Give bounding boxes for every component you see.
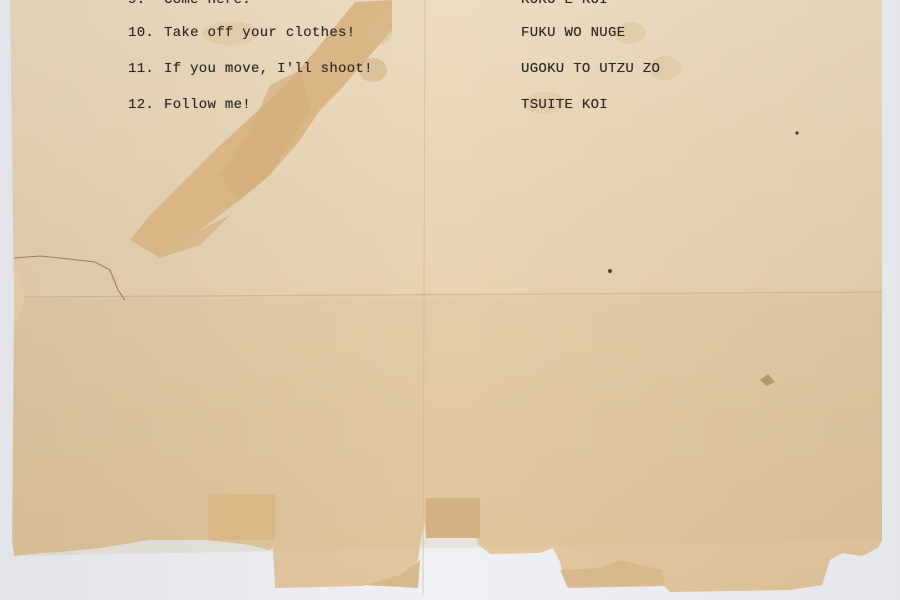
phrase-japanese: TSUITE KOI: [521, 97, 608, 113]
phrase-row-11: 11.If you move, I'll shoot!: [128, 61, 373, 77]
phrase-number: 12.: [128, 97, 164, 113]
phrase-row-9-japanese: KOKO E KOI: [521, 0, 608, 8]
phrase-row-9: 9.Come here.: [128, 0, 251, 8]
phrase-english: Take off your clothes!: [164, 25, 355, 41]
phrase-row-10-japanese: FUKU WO NUGE: [521, 25, 625, 41]
phrase-row-12: 12.Follow me!: [128, 97, 251, 113]
phrase-japanese: UGOKU TO UTZU ZO: [521, 61, 660, 77]
paper-illustration: [0, 0, 900, 600]
phrase-row-12-japanese: TSUITE KOI: [521, 97, 608, 113]
phrase-english: Follow me!: [164, 97, 251, 113]
phrase-number: 11.: [128, 61, 164, 77]
paper-sheet: [0, 0, 900, 600]
phrase-english: If you move, I'll shoot!: [164, 61, 373, 77]
phrase-number: 9.: [128, 0, 164, 8]
tape-tab-left: [208, 494, 275, 540]
phrase-row-10: 10.Take off your clothes!: [128, 25, 355, 41]
phrase-japanese: FUKU WO NUGE: [521, 25, 625, 41]
phrase-number: 10.: [128, 25, 164, 41]
tape-tab-middle: [426, 498, 480, 538]
phrase-row-11-japanese: UGOKU TO UTZU ZO: [521, 61, 660, 77]
phrase-japanese: KOKO E KOI: [521, 0, 608, 8]
phrase-english: Come here.: [164, 0, 251, 8]
